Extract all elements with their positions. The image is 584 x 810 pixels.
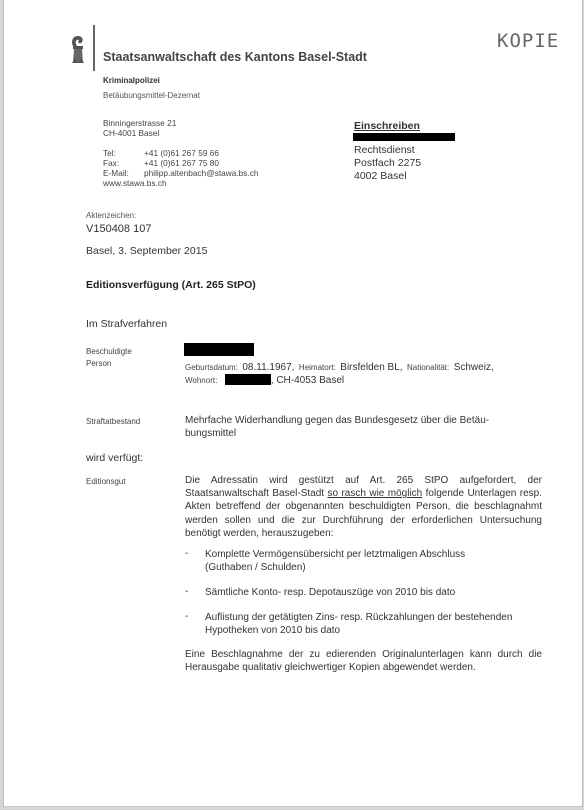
recipient-line2: Postfach 2275: [354, 157, 421, 169]
tel-number: +41 (0)61 267 59 66: [144, 148, 219, 158]
redaction-residence: [225, 374, 271, 385]
sender-city: CH-4001 Basel: [103, 128, 159, 138]
ordered-heading: wird verfügt:: [86, 452, 143, 464]
offense-line1: Mehrfache Widerhandlung gegen das Bundes…: [185, 415, 489, 426]
email-label: E-Mail:: [103, 168, 129, 178]
item-1-line2: (Guthaben / Schulden): [205, 561, 545, 574]
proceedings-intro: Im Strafverfahren: [86, 318, 167, 330]
recipient-line3: 4002 Basel: [354, 170, 407, 182]
accused-details-line2: Wohnort: , CH-4053 Basel: [185, 370, 344, 388]
document-date: Basel, 3. September 2015: [86, 245, 207, 257]
fax-label: Fax:: [103, 158, 119, 168]
organization-name: Staatsanwaltschaft des Kantons Basel-Sta…: [103, 50, 367, 64]
copy-stamp: KOPIE: [497, 30, 559, 52]
origin-value: Birsfelden BL,: [340, 362, 402, 373]
tel-label: Tel:: [103, 148, 116, 158]
document-title: Editionsverfügung (Art. 265 StPO): [86, 279, 256, 291]
reference-number: V150408 107: [86, 223, 151, 235]
accused-label-line1: Beschuldigte: [86, 347, 132, 356]
header-divider: [93, 25, 95, 71]
website[interactable]: www.stawa.bs.ch: [103, 178, 167, 188]
edition-paragraph: Die Adressatin wird gestützt auf Art. 26…: [185, 474, 542, 540]
edition-label: Editionsgut: [86, 477, 126, 486]
residence-label: Wohnort:: [185, 376, 217, 385]
bullet-3: -: [185, 611, 188, 622]
document-page: Staatsanwaltschaft des Kantons Basel-Sta…: [3, 0, 583, 807]
closing-paragraph: Eine Beschlagnahme der zu edierenden Ori…: [185, 648, 542, 674]
item-1-line1: Komplette Vermögensübersicht per letztma…: [205, 548, 545, 561]
delivery-type: Einschreiben: [354, 120, 420, 132]
department: Kriminalpolizei: [103, 76, 160, 85]
residence-value: , CH-4053 Basel: [271, 375, 344, 386]
edition-text-emphasis: so rasch wie möglich: [327, 488, 422, 499]
redaction-recipient-name: [353, 133, 455, 141]
email-address[interactable]: philipp.altenbach@stawa.bs.ch: [144, 168, 259, 178]
recipient-line1: Rechtsdienst: [354, 144, 415, 156]
offense-line2: bungsmittel: [185, 428, 236, 439]
item-2-line1: Sämtliche Konto- resp. Depotauszüge von …: [205, 586, 545, 599]
nationality-label: Nationalität:: [407, 363, 449, 372]
item-3-line2: Hypotheken von 2010 bis dato: [205, 624, 545, 637]
subdepartment: Betäubungsmittel-Dezernat: [103, 91, 200, 100]
basel-crozier-icon: [68, 34, 88, 66]
fax-number: +41 (0)61 267 75 80: [144, 158, 219, 168]
bullet-1: -: [185, 548, 188, 559]
bullet-2: -: [185, 586, 188, 597]
reference-label: Aktenzeichen:: [86, 211, 136, 220]
offense-label: Straftatbestand: [86, 417, 140, 426]
redaction-accused-name: [184, 343, 254, 356]
accused-label-line2: Person: [86, 359, 111, 368]
item-3-line1: Auflistung der getätigten Zins- resp. Rü…: [205, 611, 545, 624]
nationality-value: Schweiz,: [454, 362, 494, 373]
sender-street: Binningerstrasse 21: [103, 118, 176, 128]
